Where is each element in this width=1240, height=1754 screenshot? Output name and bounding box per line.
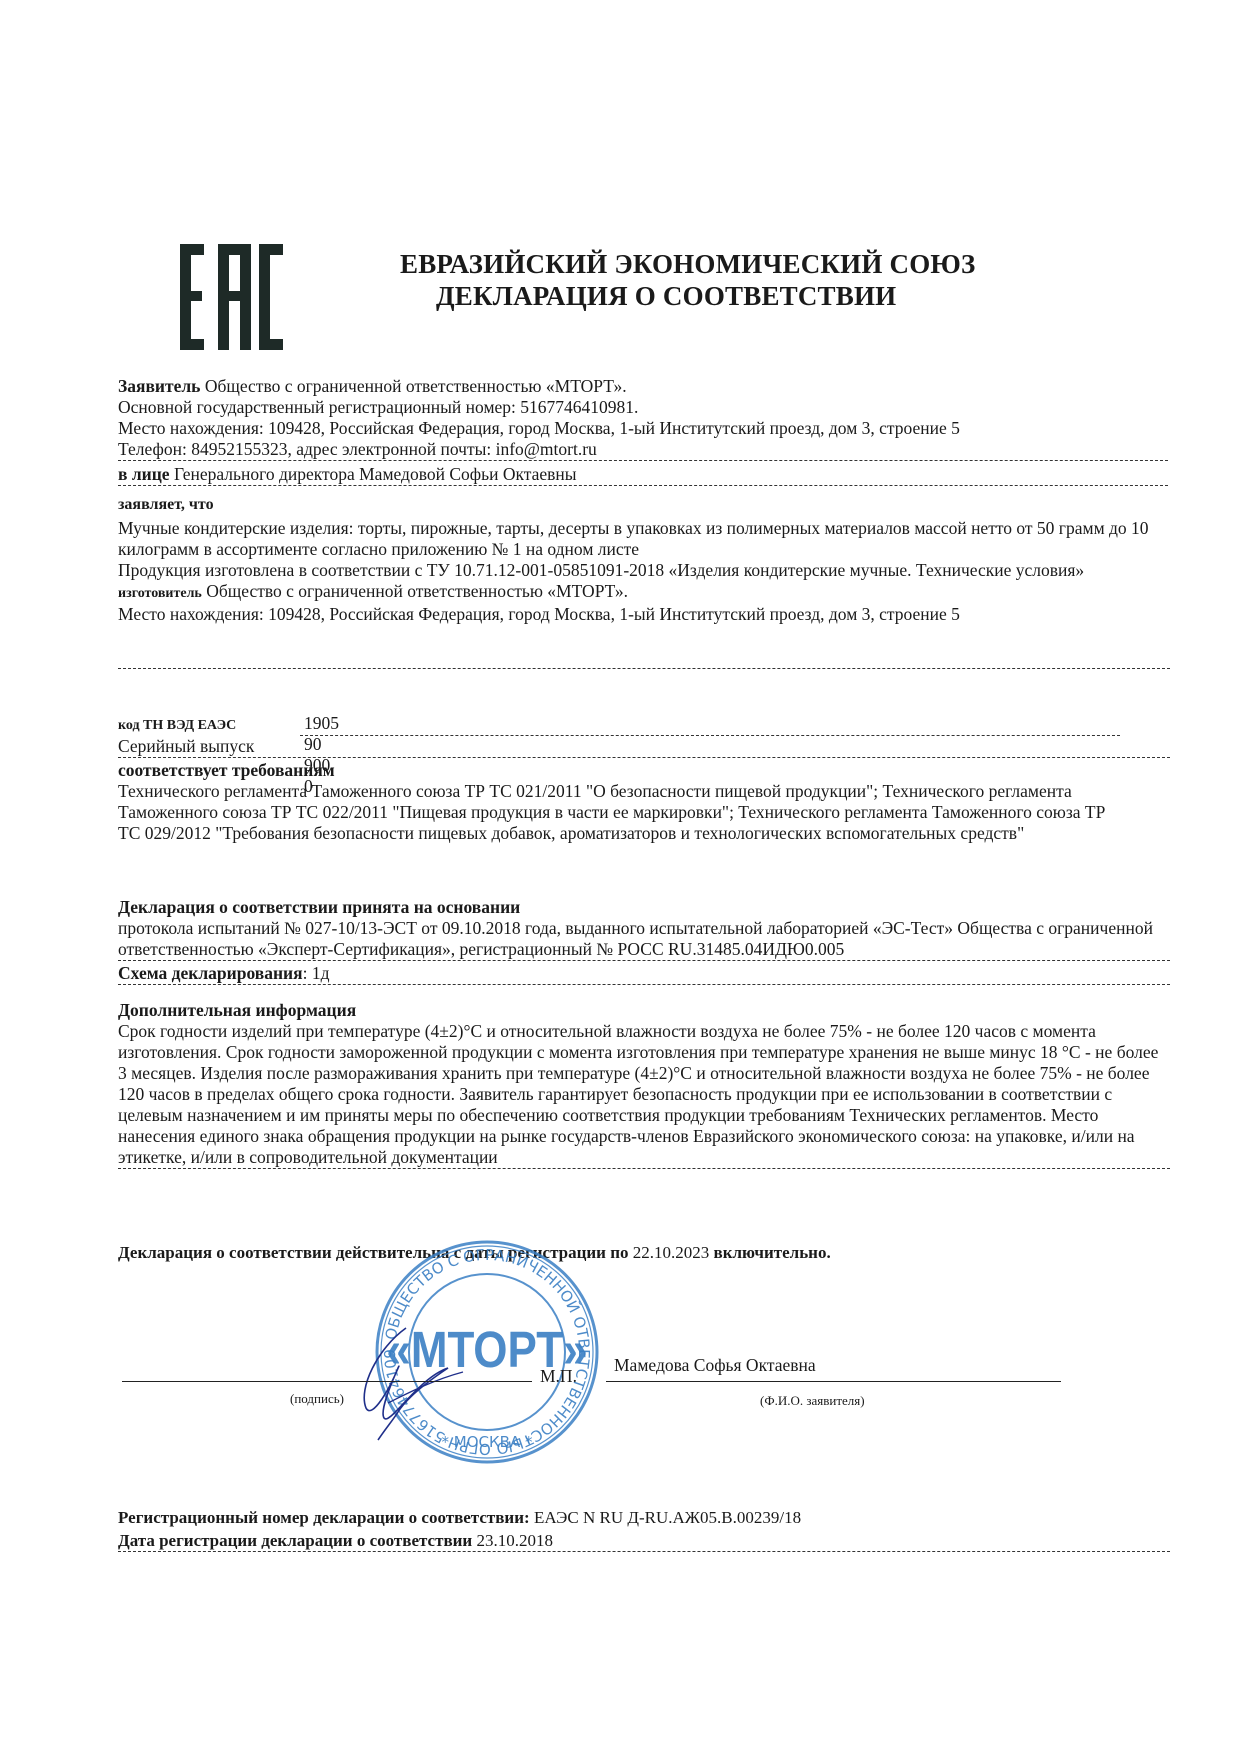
registration-number-value: ЕАЭС N RU Д-RU.АЖ05.В.00239/18 [534, 1508, 801, 1527]
registration-number-line: Регистрационный номер декларации о соотв… [118, 1507, 801, 1528]
section-divider [118, 668, 1170, 669]
applicant-section: Заявитель Общество с ограниченной ответс… [118, 376, 1168, 486]
product-description: Мучные кондитерские изделия: торты, пиро… [118, 518, 1168, 560]
signer-caption: (Ф.И.О. заявителя) [760, 1390, 865, 1411]
declares-label: заявляет, что [118, 494, 1168, 515]
title-declaration: ДЕКЛАРАЦИЯ О СООТВЕТСТВИИ [436, 280, 975, 312]
applicant-ogrn: Основной государственный регистрационный… [118, 397, 1168, 418]
requirements-section: соответствует требованиям Технического р… [118, 760, 1168, 844]
produced-per: Продукция изготовлена в соответствии с Т… [118, 560, 1168, 581]
applicant-address: Место нахождения: 109428, Российская Фед… [118, 418, 1168, 439]
basis-section: Декларация о соответствии принята на осн… [118, 897, 1168, 985]
represented-by: Генерального директора Мамедовой Софьи О… [174, 464, 577, 484]
requirements-label: соответствует требованиям [118, 760, 1168, 781]
applicant-name: Общество с ограниченной ответственностью… [205, 376, 627, 396]
additional-section: Дополнительная информация Срок годности … [118, 1000, 1168, 1169]
signer-name: Мамедова Софья Октаевна [614, 1355, 816, 1376]
tn-ved-code-row: код ТН ВЭД ЕАЭС 1905 90 900 0 [118, 716, 236, 734]
manufacturer-address: Место нахождения: 109428, Российская Фед… [118, 604, 1168, 625]
manufacturer-label: изготовитель [118, 586, 202, 601]
registration-date-label: Дата регистрации декларации о соответств… [118, 1531, 472, 1550]
scheme-label: Схема декларирования [118, 963, 303, 983]
scheme-line: Схема декларирования: 1д [118, 961, 1170, 985]
name-line [606, 1381, 1061, 1382]
validity-suffix: включительно. [714, 1243, 831, 1262]
tn-ved-label: код ТН ВЭД ЕАЭС [118, 718, 236, 733]
basis-label: Декларация о соответствии принята на осн… [118, 897, 1168, 918]
manufacturer-name: Общество с ограниченной ответственностью… [206, 581, 628, 601]
registration-date-value: 23.10.2018 [476, 1531, 553, 1550]
registration-date-line: Дата регистрации декларации о соответств… [118, 1530, 1170, 1552]
signature-icon [338, 1308, 478, 1448]
additional-text: Срок годности изделий при температуре (4… [118, 1021, 1170, 1169]
validity-date: 22.10.2023 [633, 1243, 710, 1262]
additional-label: Дополнительная информация [118, 1000, 1168, 1021]
requirements-text: Технического регламента Таможенного союз… [118, 781, 1118, 844]
release-type: Серийный выпуск [118, 736, 1170, 758]
signature-caption: (подпись) [290, 1388, 344, 1409]
eac-logo-icon [180, 244, 283, 350]
represented-label: в лице [118, 464, 170, 484]
declares-section: заявляет, что Мучные кондитерские издели… [118, 494, 1168, 625]
applicant-contacts: Телефон: 84952155323, адрес электронной … [118, 439, 1168, 461]
signature-line [122, 1381, 532, 1382]
registration-number-label: Регистрационный номер декларации о соотв… [118, 1508, 530, 1527]
manufacturer-line: изготовитель Общество с ограниченной отв… [118, 581, 1168, 604]
document-title: ЕВРАЗИЙСКИЙ ЭКОНОМИЧЕСКИЙ СОЮЗ ДЕКЛАРАЦИ… [400, 248, 975, 312]
applicant-line: Заявитель Общество с ограниченной ответс… [118, 376, 1168, 397]
basis-text: протокола испытаний № 027-10/13-ЭСТ от 0… [118, 918, 1170, 961]
title-union: ЕВРАЗИЙСКИЙ ЭКОНОМИЧЕСКИЙ СОЮЗ [400, 248, 975, 280]
scheme-value: : 1д [303, 963, 330, 983]
applicant-label: Заявитель [118, 376, 200, 396]
represented-line: в лице Генерального директора Мамедовой … [118, 461, 1168, 486]
mp-label: М.П. [540, 1366, 577, 1387]
